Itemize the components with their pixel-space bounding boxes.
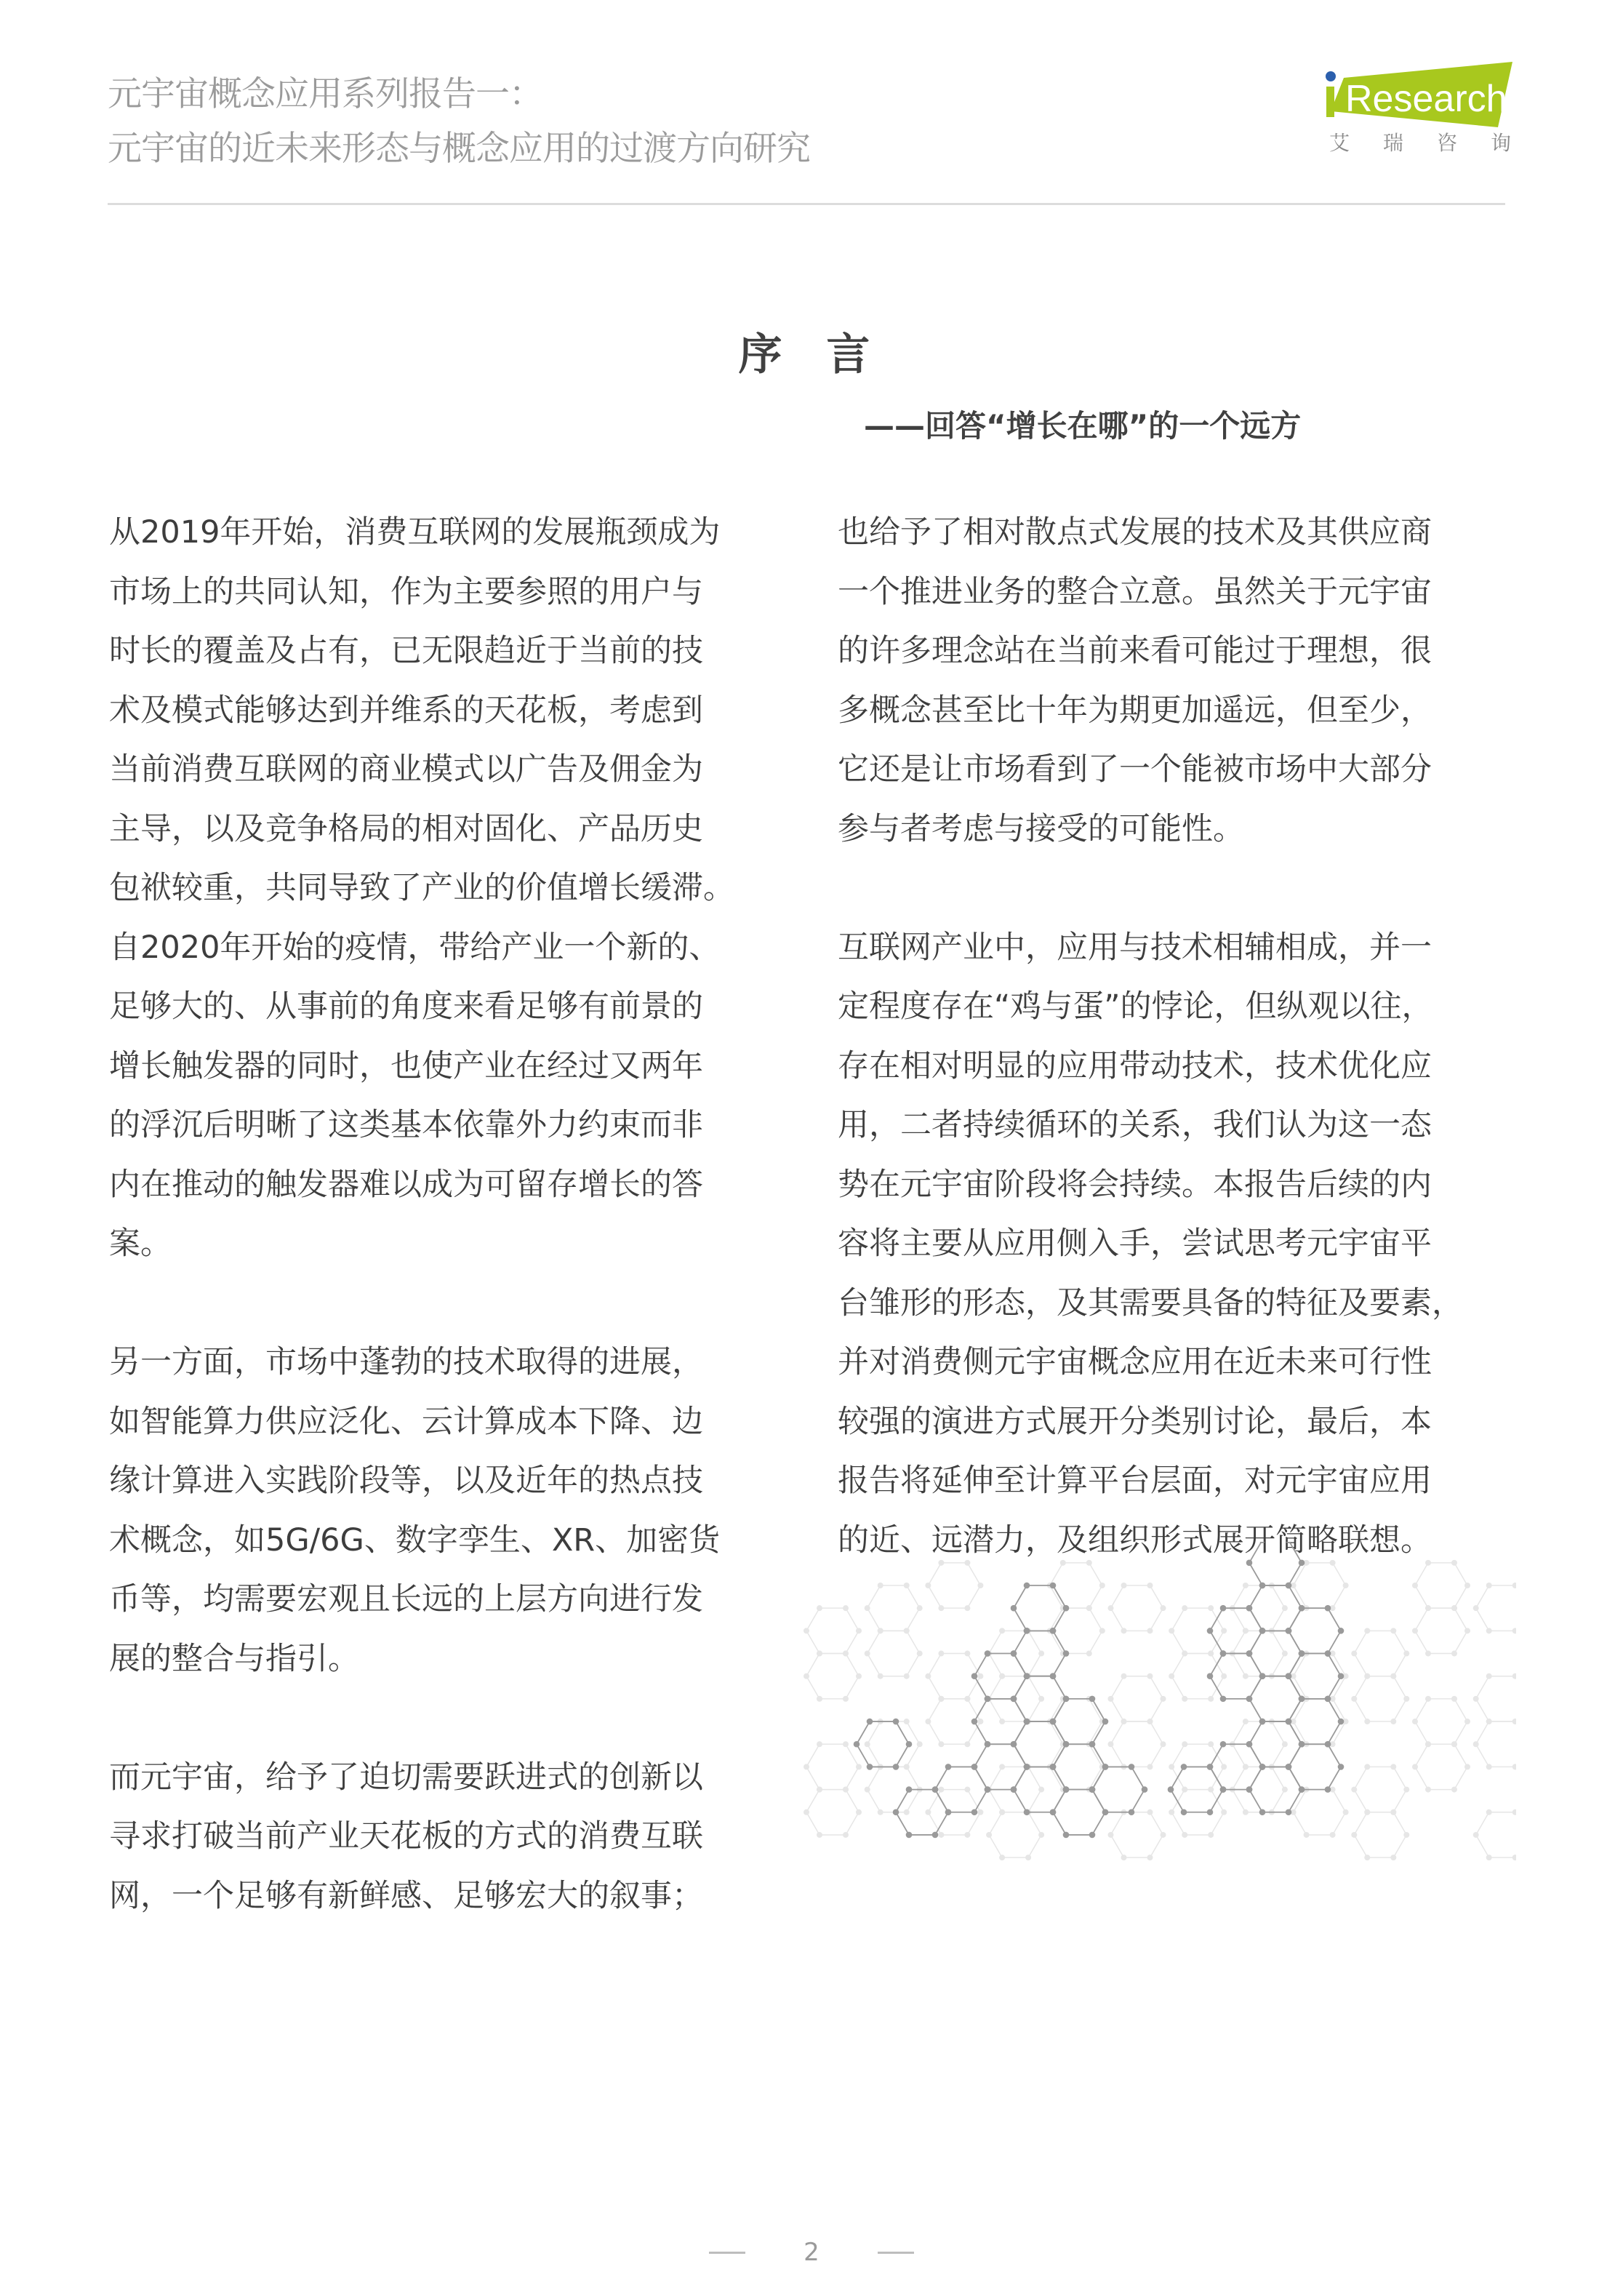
text-line: 增长触发器的同时，也使产业在经过又两年 [109, 1037, 778, 1097]
text-line: 案。 [109, 1215, 778, 1274]
text-line: 网，一个足够有新鲜感、足够宏大的叙事； [109, 1867, 778, 1927]
left-column: 从2019年开始，消费互联网的发展瓶颈成为市场上的共同认知，作为主要参照的用户与… [109, 503, 778, 1985]
text-line: 存在相对明显的应用带动技术，技术优化应 [838, 1037, 1514, 1097]
text-line: 它还是让市场看到了一个能被市场中大部分 [838, 740, 1514, 800]
text-line: 术概念，如5G/6G、数字孪生、XR、加密货 [109, 1511, 778, 1571]
text-line: 术及模式能够达到并维系的天花板，考虑到 [109, 681, 778, 741]
text-line: 内在推动的触发器难以成为可留存增长的答 [109, 1156, 778, 1215]
text-line: 当前消费互联网的商业模式以广告及佣金为 [109, 740, 778, 800]
body-paragraph: 也给予了相对散点式发展的技术及其供应商一个推进业务的整合立意。虽然关于元宇宙的许… [838, 503, 1514, 859]
iresearch-cn-name: 艾 瑞 咨 询 [1329, 133, 1511, 153]
text-line: 的许多理念站在当前来看可能过于理想，很 [838, 622, 1514, 681]
text-line: 报告将延伸至计算平台层面，对元宇宙应用 [838, 1452, 1514, 1511]
text-line: 缘计算进入实践阶段等，以及近年的热点技 [109, 1452, 778, 1511]
text-line: 包袱较重，共同导致了产业的价值增长缓滞。 [109, 859, 778, 919]
text-line: 而元宇宙，给予了迫切需要跃进式的创新以 [109, 1748, 778, 1808]
report-series-title: 元宇宙概念应用系列报告一： [108, 77, 542, 111]
text-line: 用，二者持续循环的关系，我们认为这一态 [838, 1096, 1514, 1156]
svg-text:Research: Research [1345, 78, 1507, 120]
body-paragraph: 互联网产业中，应用与技术相辅相成，并一定程度存在“鸡与蛋”的悖论，但纵观以往，存… [838, 919, 1514, 1571]
logo-char: 咨 [1437, 133, 1457, 153]
body-paragraph: 而元宇宙，给予了迫切需要跃进式的创新以寻求打破当前产业天花板的方式的消费互联网，… [109, 1748, 778, 1927]
logo-char: 瑞 [1383, 133, 1403, 153]
text-line: 互联网产业中，应用与技术相辅相成，并一 [838, 919, 1514, 978]
section-title: 序 言 [0, 333, 1623, 377]
text-line: 容将主要从应用侧入手，尝试思考元宇宙平 [838, 1215, 1514, 1274]
text-line: 展的整合与指引。 [109, 1630, 778, 1689]
text-line: 多概念甚至比十年为期更加遥远，但至少， [838, 681, 1514, 741]
text-line: 参与者考虑与接受的可能性。 [838, 800, 1514, 860]
text-line: 时长的覆盖及占有，已无限趋近于当前的技 [109, 622, 778, 681]
body-paragraph: 从2019年开始，消费互联网的发展瓶颈成为市场上的共同认知，作为主要参照的用户与… [109, 503, 778, 1274]
section-subtitle: ——回答“增长在哪”的一个远方 [864, 411, 1301, 441]
text-line: 如智能算力供应泛化、云计算成本下降、边 [109, 1393, 778, 1452]
text-line: 较强的演进方式展开分类别讨论，最后，本 [838, 1393, 1514, 1452]
text-line: 市场上的共同认知，作为主要参照的用户与 [109, 563, 778, 623]
text-line: 寻求打破当前产业天花板的方式的消费互联 [109, 1807, 778, 1867]
logo-char: 询 [1491, 133, 1511, 153]
text-line: 从2019年开始，消费互联网的发展瓶颈成为 [109, 503, 778, 563]
page-footer: 2 [0, 2240, 1623, 2265]
iresearch-logo: Research 艾 瑞 咨 询 [1316, 62, 1520, 164]
text-line: 定程度存在“鸡与蛋”的悖论，但纵观以往， [838, 977, 1514, 1037]
footer-dash-left [709, 2252, 745, 2254]
text-line: 主导，以及竞争格局的相对固化、产品历史 [109, 800, 778, 860]
text-line: 的浮沉后明晰了这类基本依靠外力约束而非 [109, 1096, 778, 1156]
text-line: 也给予了相对散点式发展的技术及其供应商 [838, 503, 1514, 563]
page-number: 2 [804, 2240, 819, 2265]
text-line: 足够大的、从事前的角度来看足够有前景的 [109, 977, 778, 1037]
footer-dash-right [878, 2252, 914, 2254]
text-line: 并对消费侧元宇宙概念应用在近未来可行性 [838, 1333, 1514, 1393]
text-line: 台雏形的形态，及其需要具备的特征及要素， [838, 1274, 1514, 1334]
text-line: 自2020年开始的疫情，带给产业一个新的、 [109, 919, 778, 978]
iresearch-logo-icon: Research [1316, 62, 1520, 131]
text-line: 币等，均需要宏观且长远的上层方向进行发 [109, 1570, 778, 1630]
hexagon-pattern-decoration [804, 1542, 1516, 1905]
right-column: 也给予了相对散点式发展的技术及其供应商一个推进业务的整合立意。虽然关于元宇宙的许… [838, 503, 1514, 1630]
logo-char: 艾 [1329, 133, 1350, 153]
text-line: 一个推进业务的整合立意。虽然关于元宇宙 [838, 563, 1514, 623]
body-paragraph: 另一方面，市场中蓬勃的技术取得的进展，如智能算力供应泛化、云计算成本下降、边缘计… [109, 1333, 778, 1689]
header-divider [108, 203, 1505, 205]
report-subtitle: 元宇宙的近未来形态与概念应用的过渡方向研究 [108, 132, 810, 166]
text-line: 另一方面，市场中蓬勃的技术取得的进展， [109, 1333, 778, 1393]
text-line: 势在元宇宙阶段将会持续。本报告后续的内 [838, 1156, 1514, 1215]
